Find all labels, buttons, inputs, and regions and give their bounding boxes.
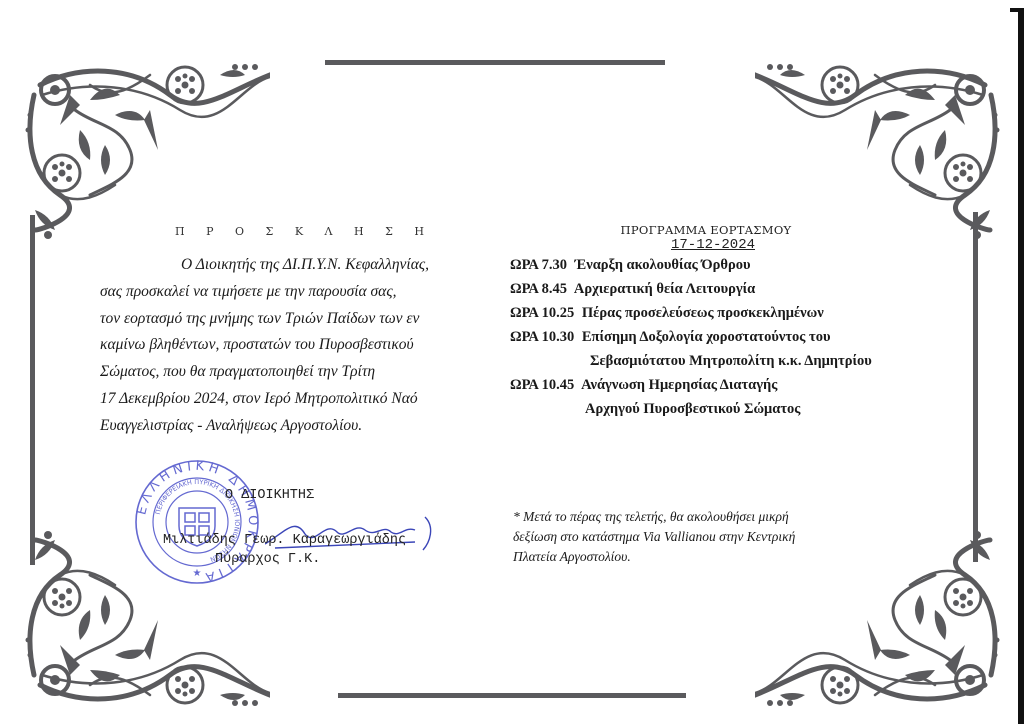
program-item-hour: ΩΡΑ 10.30	[510, 329, 574, 345]
svg-text:★: ★	[193, 568, 202, 579]
scan-edge-top	[1010, 8, 1024, 12]
invitation-line: Ο Διοικητής της ΔΙ.Π.Υ.Ν. Κεφαλληνίας,	[100, 252, 500, 279]
invitation-line: Σώματος, που θα πραγματοποιηθεί την Τρίτ…	[100, 359, 500, 386]
note-line: Πλατεία Αργοστολίου.	[513, 547, 893, 567]
invitation-title: Π Ρ Ο Σ Κ Λ Η Σ Η	[108, 225, 500, 238]
program-item: ΩΡΑ 10.25 Πέρας προσελεύσεως προσκεκλημέ…	[510, 301, 890, 325]
program-item-hour: ΩΡΑ 8.45	[510, 281, 567, 297]
invitation-line: Ευαγγελιστρίας - Αναλήψεως Αργοστολίου.	[100, 413, 500, 440]
program-item: ΩΡΑ 10.45 Ανάγνωση Ημερησίας Διαταγής	[510, 373, 890, 397]
program-item-text: Πέρας προσελεύσεως προσκεκλημένων	[582, 305, 824, 321]
note-line: * Μετά το πέρας της τελετής, θα ακολουθή…	[513, 507, 893, 527]
signatory-rank: Πύραρχος Γ.Κ.	[215, 552, 320, 567]
program-item-hour: ΩΡΑ 10.45	[510, 377, 574, 393]
invitation-line: τον εορτασμό της μνήμης των Τριών Παίδων…	[100, 306, 500, 333]
scan-edge	[1018, 8, 1024, 724]
program-item-text: Επίσημη Δοξολογία χοροστατούντος του	[582, 329, 831, 345]
program-item-continuation: Σεβασμιότατου Μητροπολίτη κ.κ. Δημητρίου	[510, 349, 890, 373]
signatory-name: Μιλτιάδης Γεωρ. Καραγεωργιάδης	[163, 533, 406, 548]
note-line: δεξίωση στο κατάστημα Via Vallianou στην…	[513, 527, 893, 547]
program-item-hour: ΩΡΑ 10.25	[510, 305, 574, 321]
program-date: 17-12-2024	[536, 237, 890, 253]
program-item-text: Ανάγνωση Ημερησίας Διαταγής	[581, 377, 777, 393]
reception-note: * Μετά το πέρας της τελετής, θα ακολουθή…	[513, 507, 893, 567]
program-item-hour: ΩΡΑ 7.30	[510, 257, 567, 273]
program-item-text: Αρχιερατική θεία Λειτουργία	[574, 281, 755, 297]
invitation-line: καμίνω βληθέντων, προστατών του Πυροσβεσ…	[100, 332, 500, 359]
invitation-section: Π Ρ Ο Σ Κ Λ Η Σ Η Ο Διοικητής της ΔΙ.Π.Υ…	[100, 225, 500, 440]
program-section: ΠΡΟΓΡΑΜΜΑ ΕΟΡΤΑΣΜΟΥ 17-12-2024 ΩΡΑ 7.30 …	[510, 223, 890, 421]
program-item: ΩΡΑ 8.45 Αρχιερατική θεία Λειτουργία	[510, 277, 890, 301]
frame-line-right	[973, 212, 978, 562]
invitation-line: 17 Δεκεμβρίου 2024, στον Ιερό Μητροπολιτ…	[100, 386, 500, 413]
frame-line-top	[325, 60, 665, 65]
frame-line-bottom	[338, 693, 686, 698]
program-item-continuation: Αρχηγού Πυροσβεστικού Σώματος	[510, 397, 890, 421]
program-item-text: Έναρξη ακολουθίας Όρθρου	[575, 257, 751, 273]
signatory-title: Ο ΔΙΟΙΚΗΤΗΣ	[225, 488, 314, 503]
program-item: ΩΡΑ 10.30 Επίσημη Δοξολογία χοροστατούντ…	[510, 325, 890, 349]
program-item: ΩΡΑ 7.30 Έναρξη ακολουθίας Όρθρου	[510, 253, 890, 277]
program-title: ΠΡΟΓΡΑΜΜΑ ΕΟΡΤΑΣΜΟΥ	[522, 223, 890, 237]
ornament-corner-top-right	[755, 55, 1005, 245]
frame-line-left	[30, 215, 35, 565]
invitation-line: σας προσκαλεί να τιμήσετε με την παρουσί…	[100, 279, 500, 306]
ornament-corner-top-left	[20, 55, 270, 245]
